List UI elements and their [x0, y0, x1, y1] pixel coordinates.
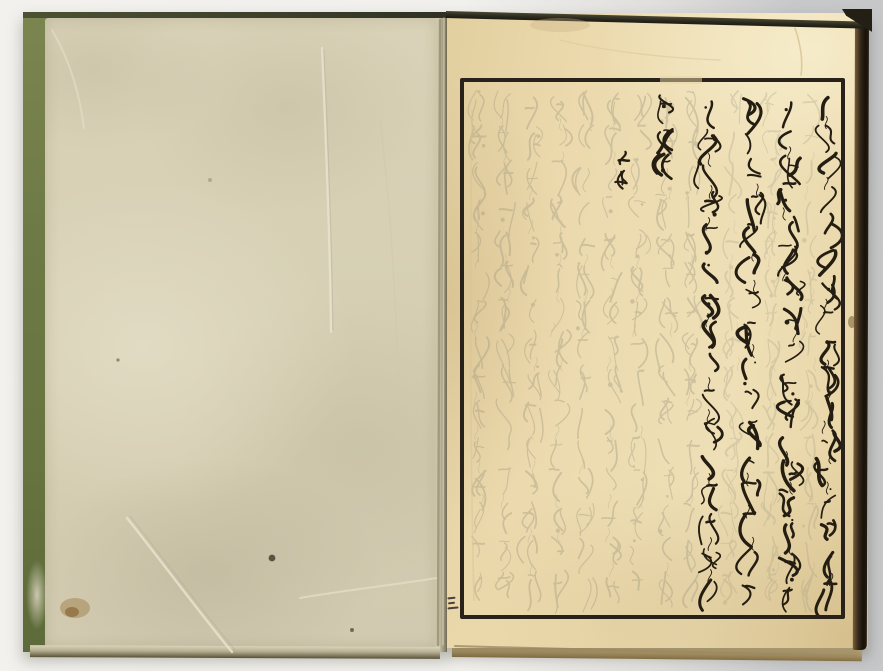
- calligraphy-column: [548, 97, 572, 614]
- calligraphy-column: [572, 91, 597, 612]
- left-page-top-edge: [23, 12, 447, 18]
- kuzushiji-calligraphy: [464, 82, 841, 615]
- gutter-page-edge: [433, 16, 447, 652]
- calligraphy-column: [777, 103, 805, 612]
- calligraphy-column: [694, 102, 722, 611]
- blank-endpaper: [45, 18, 437, 648]
- calligraphy-column: [799, 95, 819, 612]
- left-page-bottom-stacked-edges: [30, 645, 440, 659]
- cover-worn-patch: [26, 560, 48, 630]
- folio-stroke: [447, 597, 455, 600]
- scanned-book-photo: [0, 0, 883, 671]
- calligraphy-column: [759, 92, 783, 600]
- folio-mark-three: [445, 595, 458, 610]
- binding-edge: [853, 16, 869, 650]
- calligraphy-column: [494, 91, 515, 597]
- calligraphy-column: [517, 97, 543, 610]
- calligraphy-column: [736, 99, 765, 605]
- calligraphy-column: [601, 93, 622, 603]
- folio-stroke: [447, 606, 458, 609]
- calligraphy-column: [629, 94, 652, 590]
- folio-stroke: [448, 602, 455, 605]
- calligraphy-column: [615, 152, 629, 189]
- calligraphy-column: [468, 90, 489, 600]
- calligraphy-column: [814, 98, 841, 615]
